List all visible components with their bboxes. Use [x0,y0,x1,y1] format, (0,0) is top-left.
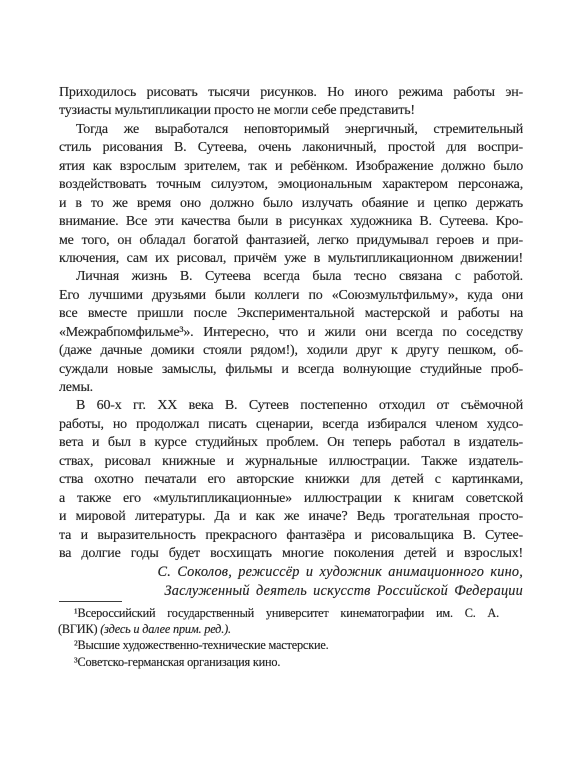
text-line: воздействовать точным силуэтом, эмоциона… [59,176,523,194]
book-page: Приходилось рисовать тысячи рисунков. Но… [0,0,581,770]
footnote-line: ¹Всероссийский государственный университ… [58,605,499,621]
text-line: В 60-х гг. XX века В. Сутеев постепенно … [59,397,523,415]
text-line: внимание. Все эти качества были в рисунк… [59,213,523,231]
footnotes-block: ¹Всероссийский государственный университ… [58,605,499,670]
editor-note-italic: (здесь и далее прим. ред.). [100,622,231,636]
body-text: Приходилось рисовать тысячи рисунков. Но… [59,84,523,563]
text-line: ства охотно печатали его авторские книжк… [59,471,523,489]
text-line: Приходилось рисовать тысячи рисунков. Но… [59,84,523,102]
footnote-text: (ВГИК) [58,622,100,636]
footnote-line: ²Высшие художественно-технические мастер… [58,637,499,653]
text-line: а также его «мультипликационные» иллюстр… [59,490,523,508]
text-line: все вместе пришли после Экспериментально… [59,305,523,323]
text-line: Личная жизнь В. Сутеева всегда была тесн… [59,268,523,286]
text-line: лемы. [59,379,523,397]
footnote-text: ³Советско-германская организация кино. [74,655,280,669]
text-line: ва долгие годы будет восхищать многие по… [59,545,523,563]
text-line: работы, но продолжал писать сценарии, вс… [59,416,523,434]
text-line: стиль рисования В. Сутеева, очень лакони… [59,139,523,157]
text-line: суждали новые замыслы, фильмы и всегда в… [59,361,523,379]
text-line: ятия как взрослым зрителем, так и ребёнк… [59,158,523,176]
text-line: и в то же время оно должно было излучать… [59,195,523,213]
text-line: ствах, рисовал книжные и журнальные иллю… [59,453,523,471]
text-line: ключения, сам их рисовал, причём уже в м… [59,250,523,268]
footnote-text: ²Высшие художественно-технические мастер… [74,638,328,652]
signature-line: С. Соколов, режиссёр и художник анимацио… [59,563,523,582]
text-line: «Межрабпомфильме³». Интересно, что и жил… [59,324,523,342]
footnote-separator [59,601,122,602]
footnote-line: ³Советско-германская организация кино. [58,654,499,670]
signature-line: Заслуженный деятель искусств Российской … [59,582,523,601]
text-line: та и выразительность прекрасного фантазё… [59,527,523,545]
signature-block: С. Соколов, режиссёр и художник анимацио… [59,563,523,600]
text-line: (даже дачные домики стояли рядом!), ходи… [59,342,523,360]
text-line: Тогда же выработался неповторимый энерги… [59,121,523,139]
text-line: Его лучшими друзьями были коллеги по «Со… [59,287,523,305]
footnote-text: ¹Всероссийский государственный университ… [58,606,499,621]
text-line: вета и был в курсе студийных проблем. Он… [59,434,523,452]
text-line: ме того, он обладал богатой фантазией, л… [59,232,523,250]
text-line: тузиасты мультипликации просто не могли … [59,102,523,120]
footnote-line: (ВГИК) (здесь и далее прим. ред.). [58,621,499,637]
text-line: и мировой литературы. Да и как же иначе?… [59,508,523,526]
